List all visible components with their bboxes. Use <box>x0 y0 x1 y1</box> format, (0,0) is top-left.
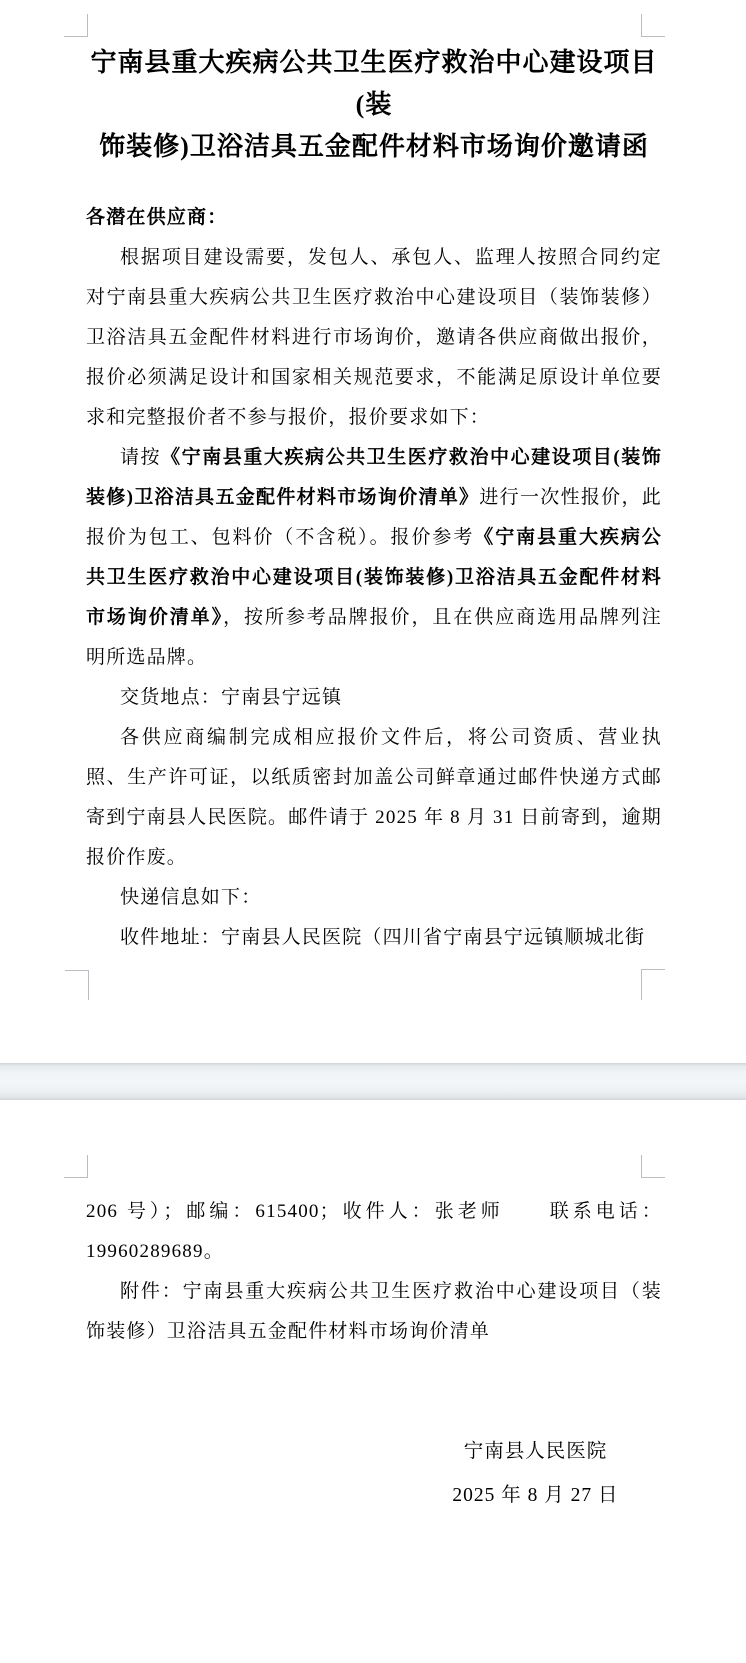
text-boundary-mark-top-right <box>641 14 665 37</box>
document-canvas: 宁南县重大疾病公共卫生医疗救治中心建设项目(装饰装修)卫浴洁具五金配件材料市场询… <box>0 0 746 1663</box>
text-boundary-mark-top-right <box>641 1155 665 1178</box>
paragraph: 收件地址：宁南县人民医院（四川省宁南县宁远镇顺城北街 <box>86 918 662 958</box>
paragraph: 请按《宁南县重大疾病公共卫生医疗救治中心建设项目(装饰装修)卫浴洁具五金配件材料… <box>86 438 662 678</box>
salutation: 各潜在供应商： <box>86 198 662 238</box>
signature-org: 宁南县人民医院 <box>413 1430 658 1474</box>
text-boundary-mark-bottom-left <box>65 970 89 1000</box>
paragraph: 附件：宁南县重大疾病公共卫生医疗救治中心建设项目（装饰装修）卫浴洁具五金配件材料… <box>86 1272 662 1352</box>
text-run: 请按 <box>120 447 161 468</box>
signature-block: 宁南县人民医院 2025 年 8 月 27 日 <box>413 1430 658 1518</box>
text-run: 快递信息如下： <box>120 887 261 908</box>
paragraph: 交货地点：宁南县宁远镇 <box>86 678 662 718</box>
page2-body: 206 号）；邮编：615400；收件人：张老师 联系电话：1996028968… <box>86 1192 662 1352</box>
page-1: 宁南县重大疾病公共卫生医疗救治中心建设项目(装饰装修)卫浴洁具五金配件材料市场询… <box>0 0 746 1063</box>
paragraph: 206 号）；邮编：615400；收件人：张老师 联系电话：1996028968… <box>86 1192 662 1272</box>
text-run: 各供应商编制完成相应报价文件后，将公司资质、营业执照、生产许可证，以纸质密封加盖… <box>86 727 662 868</box>
text-boundary-mark-top-left <box>64 14 88 37</box>
title-line: 饰装修)卫浴洁具五金配件材料市场询价邀请函 <box>86 126 662 168</box>
text-run: 根据项目建设需要，发包人、承包人、监理人按照合同约定对宁南县重大疾病公共卫生医疗… <box>86 247 662 428</box>
paragraph: 各供应商编制完成相应报价文件后，将公司资质、营业执照、生产许可证，以纸质密封加盖… <box>86 718 662 878</box>
text-run: 附件：宁南县重大疾病公共卫生医疗救治中心建设项目（装饰装修）卫浴洁具五金配件材料… <box>86 1281 662 1342</box>
paragraph: 快递信息如下： <box>86 878 662 918</box>
text-boundary-mark-top-left <box>64 1155 88 1178</box>
title-line: 宁南县重大疾病公共卫生医疗救治中心建设项目(装 <box>86 42 662 126</box>
page1-body: 根据项目建设需要，发包人、承包人、监理人按照合同约定对宁南县重大疾病公共卫生医疗… <box>86 238 662 958</box>
text-run: 收件地址：宁南县人民医院（四川省宁南县宁远镇顺城北街 <box>120 927 645 948</box>
paragraph: 根据项目建设需要，发包人、承包人、监理人按照合同约定对宁南县重大疾病公共卫生医疗… <box>86 238 662 438</box>
signature-date: 2025 年 8 月 27 日 <box>413 1474 658 1518</box>
document-title: 宁南县重大疾病公共卫生医疗救治中心建设项目(装饰装修)卫浴洁具五金配件材料市场询… <box>86 42 662 168</box>
page-2: 206 号）；邮编：615400；收件人：张老师 联系电话：1996028968… <box>0 1100 746 1663</box>
text-run: 交货地点：宁南县宁远镇 <box>120 687 342 708</box>
text-boundary-mark-bottom-right <box>641 969 665 1000</box>
page-break-gap <box>0 1063 746 1100</box>
text-run: 206 号）；邮编：615400；收件人：张老师 联系电话：1996028968… <box>86 1201 662 1262</box>
